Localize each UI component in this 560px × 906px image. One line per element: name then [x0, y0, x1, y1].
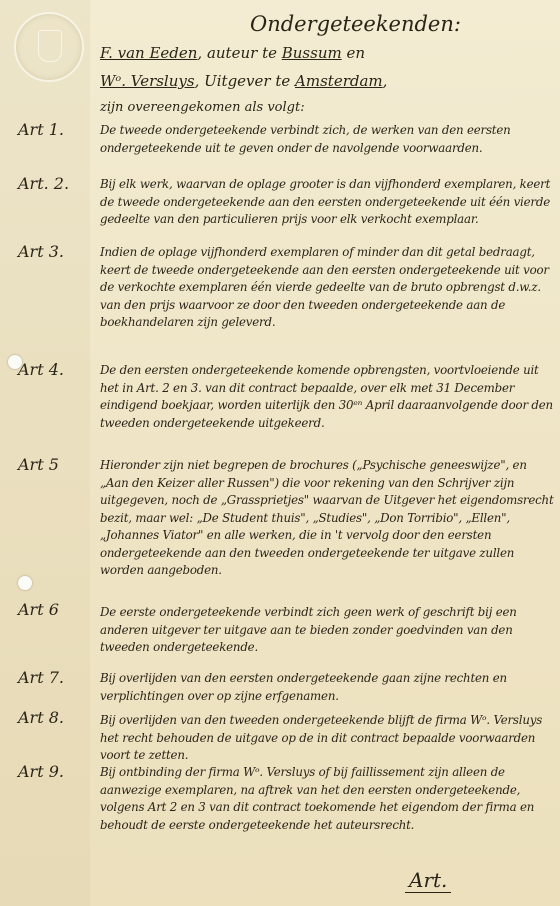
- party-1: F. van Eeden, auteur te Bussum en: [100, 44, 365, 62]
- article-8-text: Bij overlijden van den tweeden ondergete…: [100, 712, 555, 765]
- party-2-suffix: ,: [383, 72, 388, 90]
- party-1-role: , auteur te: [197, 44, 281, 62]
- article-1-text: De tweede ondergeteekende verbindt zich,…: [100, 122, 555, 157]
- punch-hole: [18, 576, 32, 590]
- article-2-text: Bij elk werk, waarvan de oplage grooter …: [100, 176, 555, 229]
- article-3-label: Art 3.: [18, 242, 64, 261]
- party-2-place: Amsterdam: [295, 72, 383, 90]
- article-9-text: Bij ontbinding der firma Wᵒ. Versluys of…: [100, 764, 555, 834]
- signature: Art.: [405, 868, 451, 893]
- article-3-text: Indien de oplage vijfhonderd exemplaren …: [100, 244, 555, 332]
- article-4-text: De den eersten ondergeteekende komende o…: [100, 362, 555, 432]
- article-1-label: Art 1.: [18, 120, 64, 139]
- intro-line: zijn overeengekomen als volgt:: [100, 100, 305, 115]
- party-2-role: , Uitgever te: [195, 72, 295, 90]
- document-page: Ondergeteekenden: F. van Eeden, auteur t…: [0, 0, 560, 906]
- article-2-label: Art. 2.: [18, 174, 69, 193]
- party-1-name: F. van Eeden: [100, 44, 197, 62]
- article-6-text: De eerste ondergeteekende verbindt zich …: [100, 604, 555, 657]
- article-6-label: Art 6: [18, 600, 59, 619]
- document-title: Ondergeteekenden:: [250, 12, 461, 36]
- article-5-label: Art 5: [18, 455, 59, 474]
- article-9-label: Art 9.: [18, 762, 64, 781]
- article-7-text: Bij overlijden van den eersten ondergete…: [100, 670, 555, 705]
- party-2-name: Wᵒ. Versluys: [100, 72, 195, 90]
- article-8-label: Art 8.: [18, 708, 64, 727]
- article-7-label: Art 7.: [18, 668, 64, 687]
- coat-of-arms-icon: [38, 30, 62, 62]
- party-2: Wᵒ. Versluys, Uitgever te Amsterdam,: [100, 72, 387, 90]
- party-1-suffix: en: [342, 44, 365, 62]
- article-4-label: Art 4.: [18, 360, 64, 379]
- party-1-place: Bussum: [282, 44, 342, 62]
- embossed-seal-icon: [14, 12, 84, 82]
- article-5-text: Hieronder zijn niet begrepen de brochure…: [100, 457, 555, 580]
